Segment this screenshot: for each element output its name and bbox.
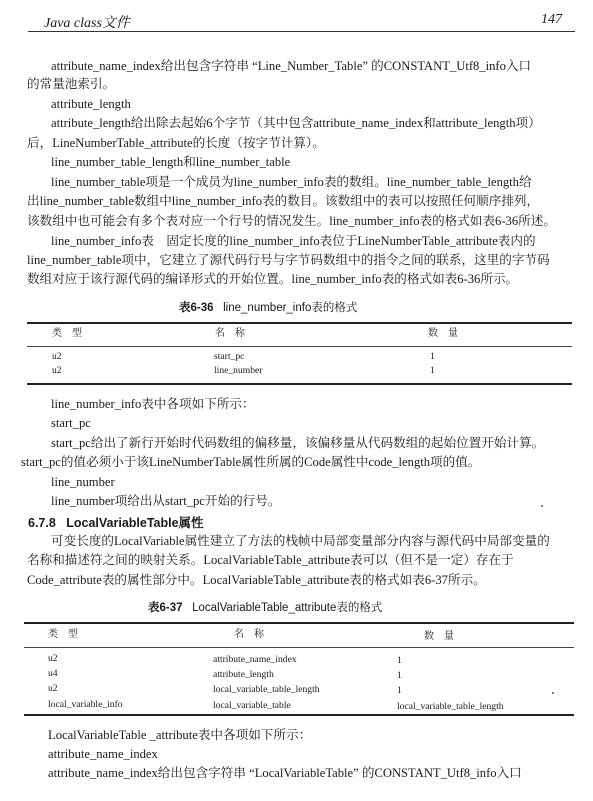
running-header-title: Java class文件 [44, 12, 130, 32]
cell-name: attribute_length [213, 668, 274, 682]
table-bottom-rule [27, 383, 572, 385]
text-line: LocalVariableTable _attribute表中各项如下所示： [48, 726, 311, 745]
table-header-rule [24, 647, 574, 648]
column-header-type: 类型 [48, 628, 88, 642]
text-line: Code_attribute表的属性部分中。LocalVariableTable… [27, 571, 486, 590]
term-heading: line_number [51, 473, 115, 492]
cell-count: 1 [397, 654, 402, 668]
term-heading: start_pc [51, 414, 91, 433]
text-line: attribute_name_index给出包含字符串 “LocalVariab… [48, 764, 522, 783]
section-heading: 6.7.8 LocalVariableTable属性 [28, 513, 204, 531]
cell-name: line_number [214, 364, 263, 378]
text-line: attribute_length给出除去起始6个字节（其中包含attribute… [51, 114, 541, 133]
cell-name: start_pc [214, 350, 244, 364]
cell-type: u2 [52, 364, 62, 378]
table-bottom-rule [24, 714, 574, 716]
text-line: line_number_table项中，它建立了源代码行号与字节码数组中的指令之… [27, 251, 550, 270]
page-number: 147 [541, 12, 562, 28]
cell-count: 1 [430, 364, 435, 378]
section-title: LocalVariableTable属性 [66, 516, 203, 530]
cell-type: u2 [48, 652, 58, 666]
cell-type: u4 [48, 667, 58, 681]
section-number: 6.7.8 [28, 516, 56, 530]
term-heading: attribute_length [51, 95, 131, 114]
table-caption: 表6-37 LocalVariableTable_attribute表的格式 [148, 599, 382, 615]
text-line: line_number项给出从start_pc开始的行号。 [51, 492, 280, 511]
cell-count: 1 [397, 684, 402, 698]
cell-name: local_variable_table [213, 699, 291, 713]
text-line: 后，LineNumberTable_attribute的长度（按字节计算）。 [27, 134, 325, 153]
text-line: start_pc给出了新行开始时代码数组的偏移量，该偏移量从代码数组的起始位置开… [51, 434, 544, 453]
table-header-rule [27, 346, 572, 347]
cell-count: 1 [397, 669, 402, 683]
cell-name: local_variable_table_length [213, 683, 320, 697]
column-header-type: 类型 [52, 327, 92, 341]
text-line: attribute_name_index给出包含字符串 “Line_Number… [51, 57, 531, 76]
table-caption-text: LocalVariableTable_attribute表的格式 [192, 602, 382, 614]
term-heading: attribute_name_index [48, 745, 158, 764]
table-caption-label: 表6-36 [179, 302, 214, 314]
table-top-rule [24, 622, 574, 624]
column-header-name: 名称 [234, 628, 274, 642]
text-line: 该数组中也可能会有多个表对应一个行号的情况发生。line_number_info… [27, 212, 556, 231]
text-line: 可变长度的LocalVariable属性建立了方法的栈帧中局部变量部分内容与源代… [51, 532, 550, 551]
cell-count: 1 [430, 350, 435, 364]
speck [541, 505, 543, 507]
text-line: start_pc的值必须小于该LineNumberTable属性所属的Code属… [21, 453, 480, 472]
text-line: 数组对应于该行源代码的编译形式的开始位置。line_number_info表的格… [27, 270, 518, 289]
text-line: 出line_number_table数组中line_number_info表的数… [27, 192, 539, 211]
term-heading: line_number_table_length和line_number_tab… [51, 153, 290, 172]
table-top-rule [27, 322, 572, 324]
cell-type: u2 [52, 350, 62, 364]
text-line: line_number_info表 固定长度的line_number_info表… [51, 232, 536, 251]
cell-type: local_variable_info [48, 698, 123, 712]
column-header-count: 数量 [428, 327, 468, 341]
column-header-name: 名称 [215, 327, 255, 341]
table-caption-text: line_number_info表的格式 [223, 302, 357, 314]
text-line: 的常量池索引。 [27, 75, 115, 94]
speck [552, 692, 554, 694]
cell-type: u2 [48, 682, 58, 696]
cell-count: local_variable_table_length [397, 700, 504, 714]
cell-name: attribute_name_index [213, 653, 297, 667]
text-line: line_number_table项是一个成员为line_number_info… [51, 173, 532, 192]
column-header-count: 数量 [424, 630, 464, 644]
text-line: line_number_info表中各项如下所示： [51, 395, 255, 414]
table-caption: 表6-36 line_number_info表的格式 [179, 299, 357, 315]
text-line: 名称和描述符之间的映射关系。LocalVariableTable_attribu… [27, 551, 514, 570]
header-divider [28, 31, 575, 32]
table-caption-label: 表6-37 [148, 602, 183, 614]
